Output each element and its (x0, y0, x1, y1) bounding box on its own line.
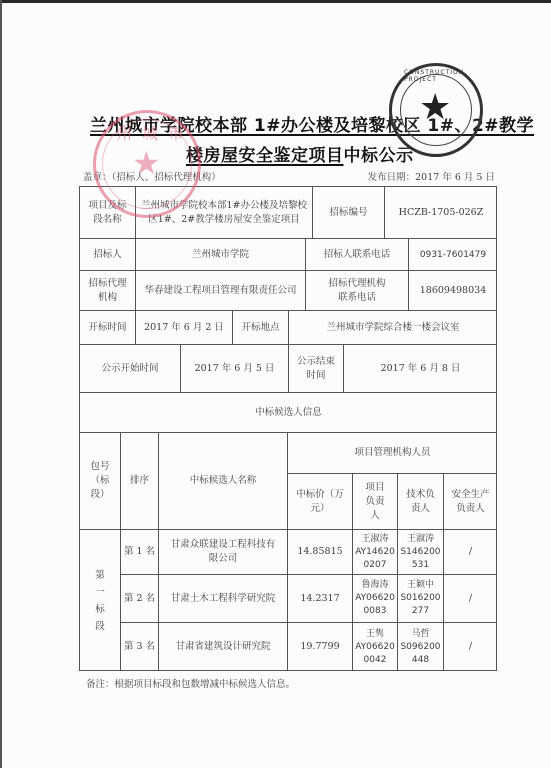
header-tech-lead: 技术负责人 (397, 473, 443, 529)
row3-tech-lead: 马哲 S096200 448 (397, 622, 443, 671)
star-icon: ★ (132, 147, 161, 179)
red-official-seal: 州城市 ★ (93, 110, 201, 218)
black-official-seal: CONSTRUCTION PROJECT ★ (389, 63, 483, 157)
row3-name: 甘肃省建筑设计研究院 (158, 622, 287, 671)
agency-phone-label: 招标代理机构联系电话 (305, 270, 408, 310)
header-project-lead: 项目负责人 (352, 473, 397, 529)
publicity-start-label: 公示开始时间 (79, 344, 180, 392)
document-title-line2: 楼房屋安全鉴定项目中标公示 (186, 141, 414, 166)
publicity-start-value: 2017 年 6 月 5 日 (180, 344, 288, 392)
agency-label: 招标代理机构 (79, 270, 135, 310)
title-line2-plain: 中标公示 (344, 146, 414, 166)
row1-safety-lead: / (443, 529, 497, 574)
header-price: 中标价（万元） (287, 473, 352, 529)
red-seal-text: 州城市 (116, 121, 194, 144)
header-rank: 排序 (120, 432, 158, 529)
bid-no-label: 招标编号 (312, 186, 384, 238)
tenderer-phone-value: 0931-7601479 (408, 238, 497, 270)
row1-name: 甘肃众联建设工程科技有限公司 (158, 529, 287, 574)
agency-value: 华春建设工程项目管理有限责任公司 (135, 270, 305, 310)
row1-price: 14.85815 (287, 529, 352, 574)
opening-place-value: 兰州城市学院综合楼一楼会议室 (288, 310, 497, 344)
footnote: 备注：根据项目标段和包数增减中标候选人信息。 (86, 676, 295, 690)
title-line2-underlined: 楼房屋安全鉴定项目 (186, 146, 344, 166)
row2-price: 14.2317 (287, 574, 352, 622)
row1-tech-lead: 王淑涛 S146200 531 (397, 529, 443, 574)
scan-left-edge (0, 0, 2, 768)
row3-price: 19.7799 (287, 622, 352, 671)
header-candidate-name: 中标候选人名称 (158, 432, 287, 529)
row2-rank: 第 2 名 (120, 574, 158, 622)
header-package: 包号（标段） (79, 432, 120, 529)
row3-safety-lead: / (443, 622, 497, 671)
row2-safety-lead: / (443, 574, 497, 622)
row1-rank: 第 1 名 (120, 529, 158, 574)
row1-project-lead: 王淑涛 AY14620 0207 (352, 529, 397, 574)
agency-phone-value: 18609498034 (408, 270, 497, 310)
black-seal-ring-text: CONSTRUCTION PROJECT (404, 69, 480, 83)
publicity-end-label: 公示结束时间 (288, 344, 343, 392)
candidates-section-title: 中标候选人信息 (79, 392, 497, 432)
scan-top-edge (0, 0, 551, 3)
tenderer-value: 兰州城市学院 (135, 238, 305, 270)
publish-date: 发布日期：2017 年 6 月 5 日 (368, 169, 495, 183)
tenderer-phone-label: 招标人联系电话 (305, 238, 408, 270)
tenderer-label: 招标人 (79, 238, 135, 270)
star-icon: ★ (419, 90, 451, 126)
row3-rank: 第 3 名 (120, 622, 158, 671)
row3-project-lead: 王隽 AY06620 0042 (352, 622, 397, 671)
announcement-table: 项目及标段名称 兰州城市学院校本部1#办公楼及培黎校区1#、2#教学楼房屋安全鉴… (79, 186, 497, 671)
row2-tech-lead: 王颖中 S016200 277 (397, 574, 443, 622)
opening-time-value: 2017 年 6 月 2 日 (135, 310, 232, 344)
row2-project-lead: 鲁海涛 AY06620 0083 (352, 574, 397, 622)
row2-name: 甘肃土木工程科学研究院 (158, 574, 287, 622)
opening-place-label: 开标地点 (232, 310, 288, 344)
header-pm-group: 项目管理机构人员 (287, 432, 497, 473)
header-safety-lead: 安全生产负责人 (443, 473, 497, 529)
publicity-end-value: 2017 年 6 月 8 日 (343, 344, 497, 392)
bid-no-value: HCZB-1705-026Z (384, 186, 497, 238)
package-label: 第一标段 (79, 529, 120, 671)
opening-time-label: 开标时间 (79, 310, 135, 344)
